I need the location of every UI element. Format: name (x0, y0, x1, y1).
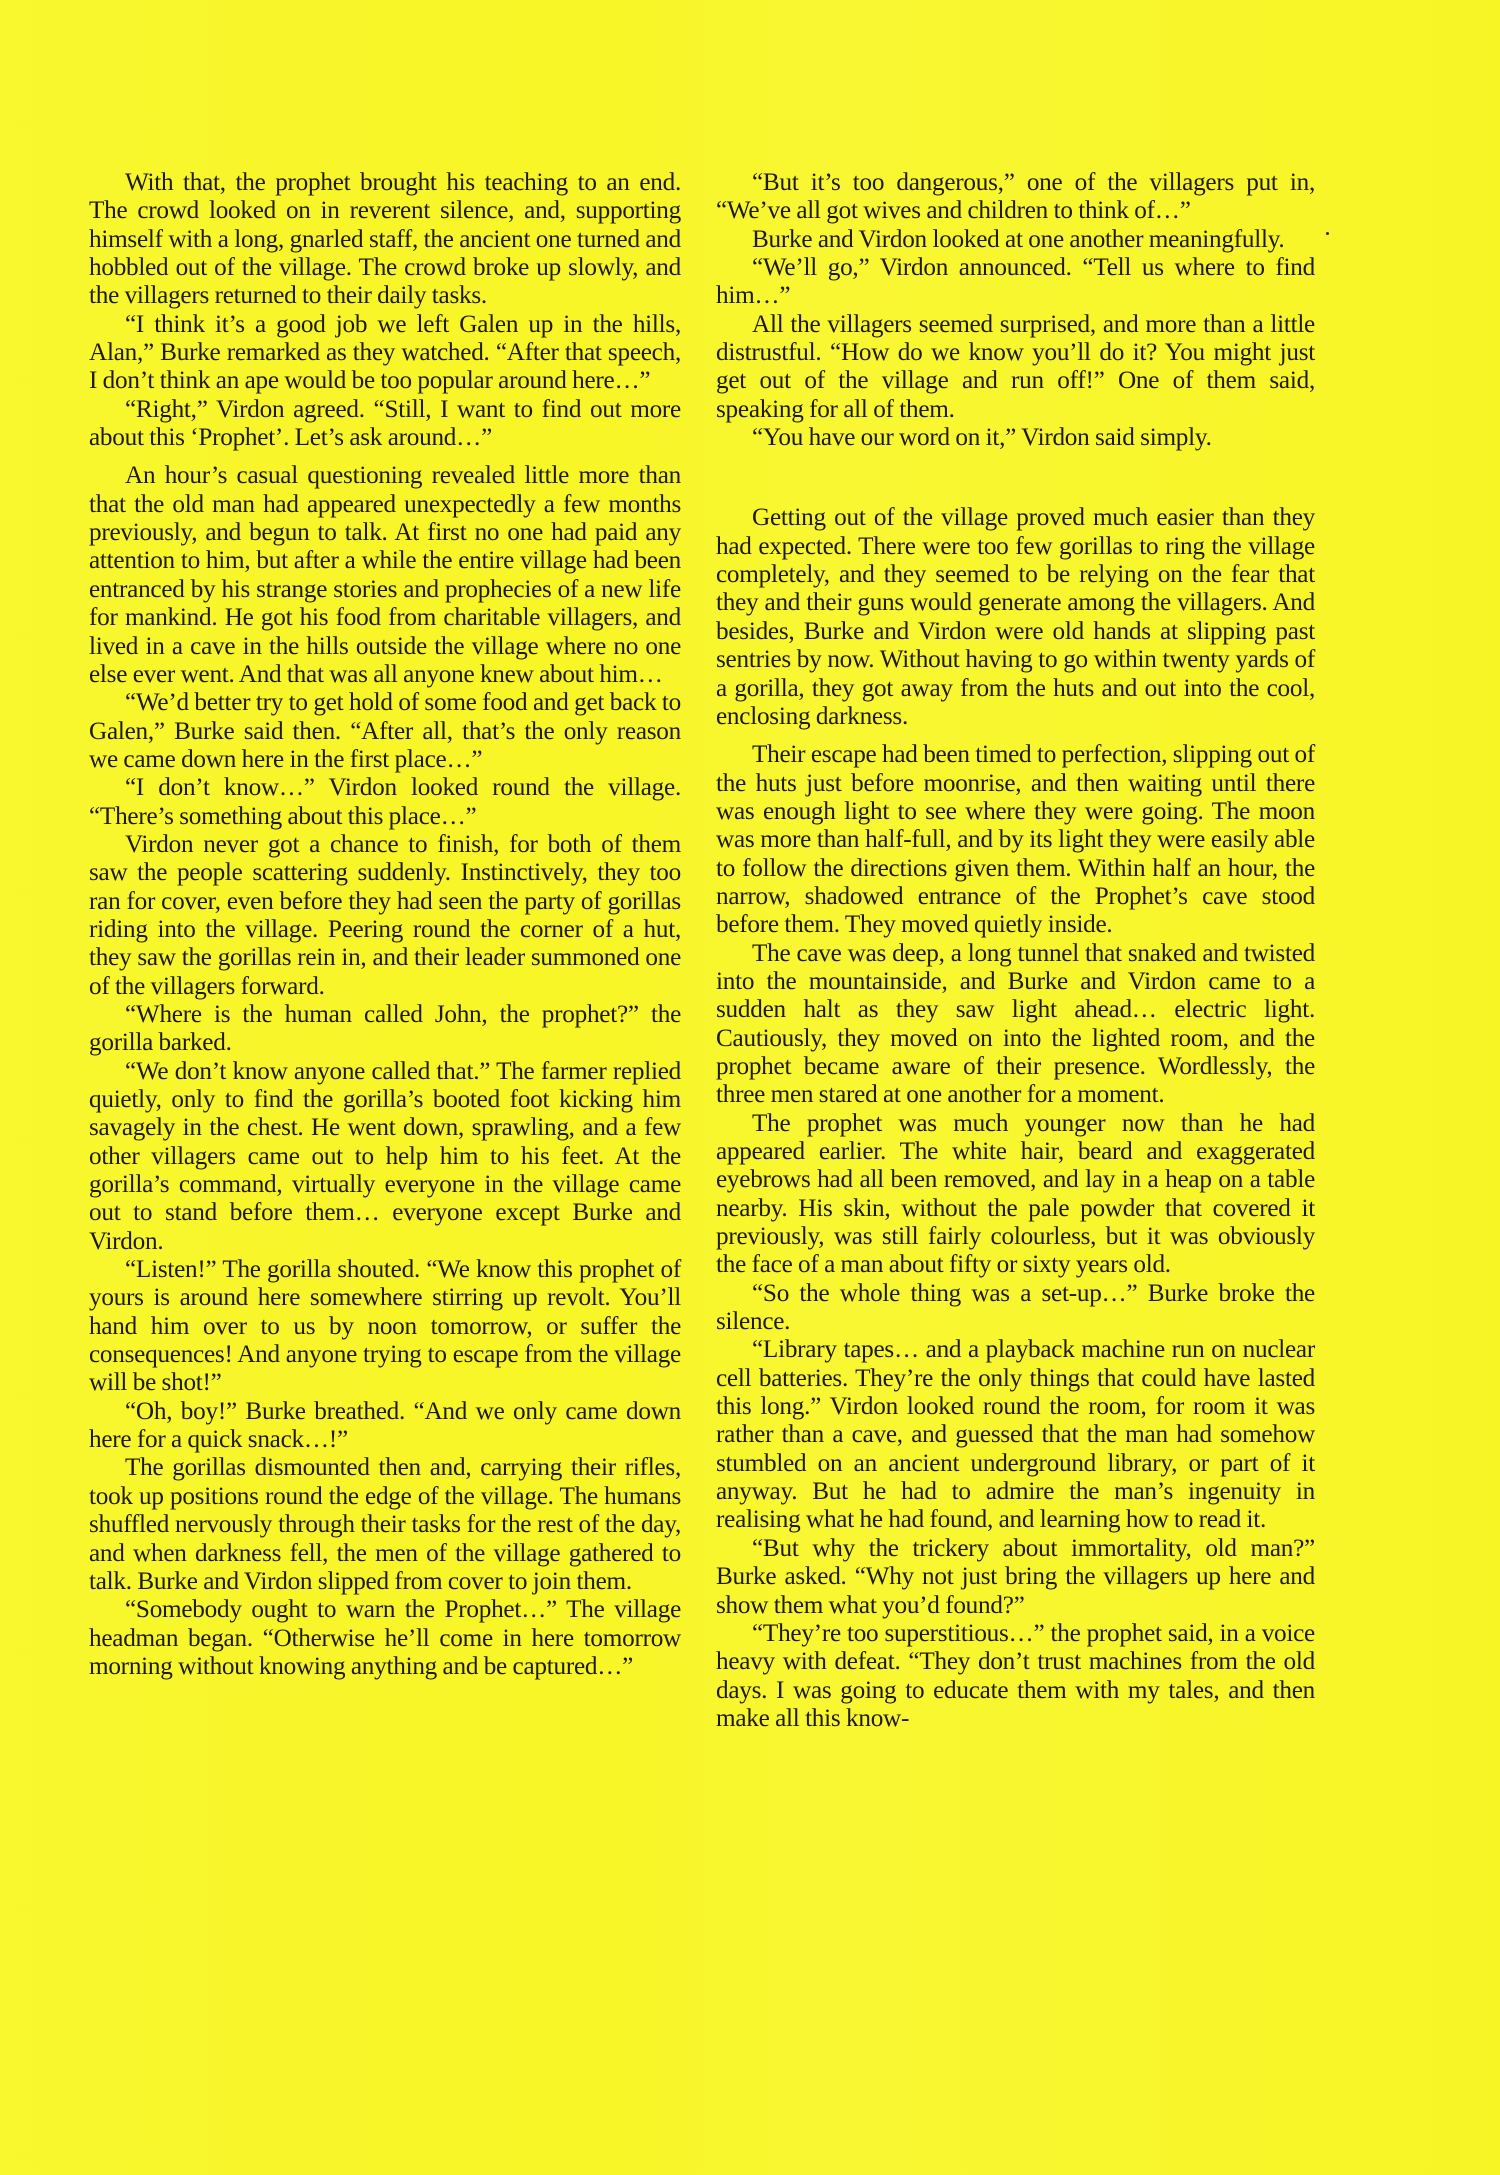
right-text-column: “But it’s too dangerous,” one of the vil… (716, 169, 1315, 1733)
paragraph: “Where is the human called John, the pro… (89, 1001, 681, 1058)
paragraph: “Listen!” The gorilla shouted. “We know … (89, 1256, 681, 1398)
paragraph: “You have our word on it,” Virdon said s… (716, 424, 1315, 452)
paragraph: “I don’t know…” Virdon looked round the … (89, 774, 681, 831)
paragraph: “So the whole thing was a set-up…” Burke… (716, 1280, 1315, 1337)
paragraph: The prophet was much younger now than he… (716, 1110, 1315, 1280)
paragraph: “Right,” Virdon agreed. “Still, I want t… (89, 396, 681, 453)
paragraph-section-start: Getting out of the village proved much e… (716, 504, 1315, 731)
paragraph: Virdon never got a chance to finish, for… (89, 831, 681, 1001)
left-text-column: With that, the prophet brought his teach… (89, 169, 681, 1681)
paragraph: Burke and Virdon looked at one another m… (716, 226, 1315, 254)
paragraph: “We’ll go,” Virdon announced. “Tell us w… (716, 254, 1315, 311)
paragraph: With that, the prophet brought his teach… (89, 169, 681, 311)
paragraph: “I think it’s a good job we left Galen u… (89, 311, 681, 396)
paragraph: “Oh, boy!” Burke breathed. “And we only … (89, 1398, 681, 1455)
paragraph: The gorillas dismounted then and, carryi… (89, 1454, 681, 1596)
paragraph: An hour’s casual questioning revealed li… (89, 462, 681, 689)
paragraph: “But it’s too dangerous,” one of the vil… (716, 169, 1315, 226)
paragraph: “We don’t know anyone called that.” The … (89, 1058, 681, 1256)
paragraph: Their escape had been timed to perfectio… (716, 741, 1315, 939)
paragraph: “But why the trickery about immortality,… (716, 1535, 1315, 1620)
paragraph: All the villagers seemed surprised, and … (716, 311, 1315, 424)
paragraph: “We’d better try to get hold of some foo… (89, 689, 681, 774)
paragraph: The cave was deep, a long tunnel that sn… (716, 940, 1315, 1110)
print-speck (1326, 232, 1329, 235)
paragraph: “They’re too superstitious…” the prophet… (716, 1620, 1315, 1733)
paragraph: “Library tapes… and a playback machine r… (716, 1336, 1315, 1534)
paragraph: “Somebody ought to warn the Prophet…” Th… (89, 1596, 681, 1681)
